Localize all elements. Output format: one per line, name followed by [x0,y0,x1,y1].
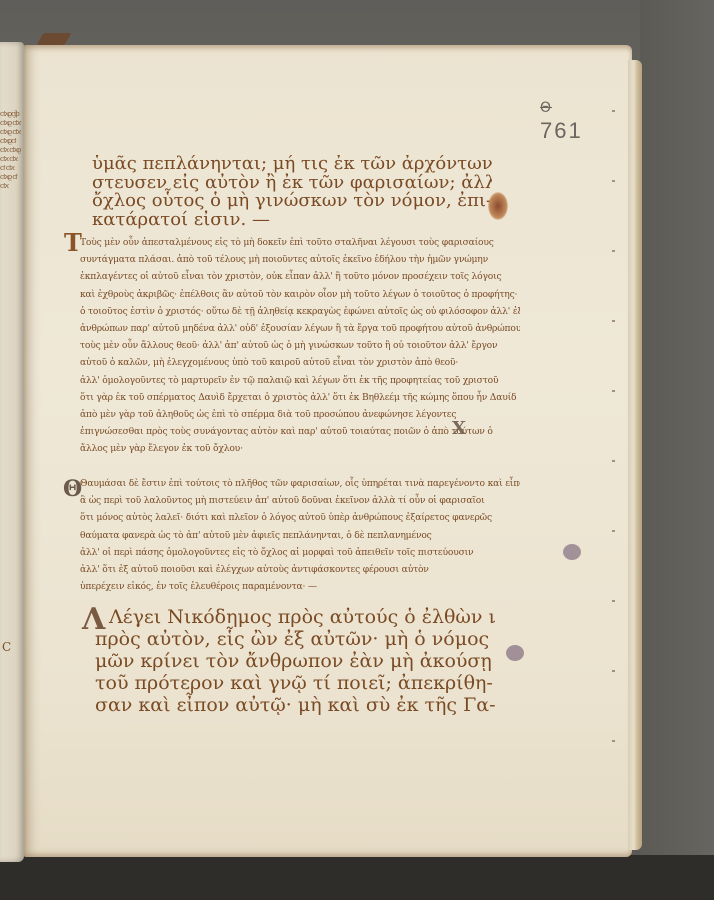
text-line: ὑπερέχειν εἰκός, ἐν τοῖς ἐλευθέροις παρα… [80,578,520,595]
text-line: ἀλλ' οἱ περὶ πάσης ὁμολογοῦντες εἰς τὸ ὄ… [80,544,520,561]
marginal-ornament-icon [488,192,508,220]
text-line: ἃ ὡς περὶ τοῦ λαλοῦντος μὴ πιστεύειν ἀπ'… [80,492,520,509]
text-line: ἐκπλαγέντες οἱ αὐτοῦ εἶναι τὸν χριστὸν, … [80,268,520,285]
pricking-mark [612,250,615,252]
text-line: κατάρατοί εἰσιν. — [92,211,492,230]
pricking-mark [612,460,615,462]
page-fore-edge [628,60,642,850]
text-line: ἄλλος μὲν γὰρ ἔλεγον ἐκ τοῦ ὄχλου· [80,440,520,457]
text-line: αὐτοῦ ὁ καλῶν, μὴ ἐλεγχομένους ὑπὸ τοῦ κ… [80,354,520,371]
lemma-block-2: Λέγει Νικόδημος πρὸς αὐτούς ὁ ἐλθὼν νυκτ… [95,606,495,716]
text-line: συντάγματα πλάσαι. ἀπὸ τοῦ τέλους μὴ ποι… [80,251,520,268]
text-line: ὅτι γὰρ ἐκ τοῦ σπέρματος Δαυὶδ ἔρχεται ὁ… [80,389,520,406]
text-line: σαν καὶ εἶπον αὐτῷ· μὴ καὶ σὺ ἐκ τῆς Γα- [95,694,495,716]
marginal-chi-mark-icon: Χ [452,418,466,439]
text-line: ὄχλος οὗτος ὁ μὴ γινώσκων τὸν νόμον, ἐπι… [92,192,492,211]
text-line: Τοὺς μὲν οὖν ἀπεσταλμένους εἰς τὸ μὴ δοκ… [80,234,520,251]
text-line: καὶ ἐχθροὺς ἀκριβῶς· ἐπέλθοις ἂν αὐτοῦ τ… [80,286,520,303]
text-line: ὁ τοιοῦτος ἐστὶν ὁ χριστός· οὕτω δὲ τῇ ἀ… [80,303,520,320]
pricking-mark [612,600,615,602]
folio-marks: Θ 761 [540,100,583,144]
ink-stain [563,544,581,560]
pricking-mark [612,110,615,112]
text-line: μῶν κρίνει τὸν ἄνθρωπον ἐὰν μὴ ἀκούσῃ πα… [95,650,495,672]
background-bottom [0,855,714,900]
left-margin-notes: ϲϯϰϱϲϳϸ ϲϯϰϱ ϲϯϰ ϲϯϰϱ ϲϯϰ ϲϯϰϱϲϯ ϲϯϰ ϲϯϰ… [0,110,22,310]
pricking-mark [612,390,615,392]
text-line: τοὺς μὲν οὖν ἄλλους θεοῦ· ἀλλ' ἀπ' αὐτοῦ… [80,337,520,354]
text-line: πρὸς αὐτὸν, εἷς ὢν ἐξ αὐτῶν· μὴ ὁ νόμος … [95,628,495,650]
pricking-mark [612,530,615,532]
ink-stain [506,645,524,661]
text-line: τοῦ πρότερον καὶ γνῷ τί ποιεῖ; ἀπεκρίθη- [95,672,495,694]
pricking-mark [612,740,615,742]
text-line: ἀλλ' ὅτι ἐξ αὐτοῦ ποιοῦσι καὶ ἐλέγχων αὐ… [80,561,520,578]
folio-number: 761 [540,118,583,144]
left-margin-letter: C [2,640,11,654]
text-line: θαύματα φανερὰ ὡς τὸ ἀπ' αὐτοῦ μὲν ἀφιεῖ… [80,527,520,544]
text-line: Θαυμάσαι δὲ ἔστιν ἐπὶ τούτοις τὸ πλῆθος … [80,475,520,492]
text-line: ὑμᾶς πεπλάνηνται; μή τις ἐκ τῶν ἀρχόντων… [92,155,492,174]
background-right [640,0,714,900]
lemma-block-1: ὑμᾶς πεπλάνηνται; μή τις ἐκ τῶν ἀρχόντων… [92,155,492,229]
text-line: ὅτι μόνος αὐτὸς λαλεῖ· διότι καὶ πλεῖον … [80,509,520,526]
struck-shelfmark: Θ [540,100,583,116]
pricking-mark [612,180,615,182]
commentary-block-2: Θαυμάσαι δὲ ἔστιν ἐπὶ τούτοις τὸ πλῆθος … [80,475,520,595]
text-line: ἀλλ' ὁμολογοῦντες τὸ μαρτυρεῖν ἐν τῷ παλ… [80,372,520,389]
text-line: ἀνθρώπων παρ' αὐτοῦ μηδένα ἀλλ' οὐδ' ἐξο… [80,320,520,337]
text-line: Λέγει Νικόδημος πρὸς αὐτούς ὁ ἐλθὼν νυκτ… [95,606,495,628]
pricking-mark [612,320,615,322]
pricking-mark [612,670,615,672]
